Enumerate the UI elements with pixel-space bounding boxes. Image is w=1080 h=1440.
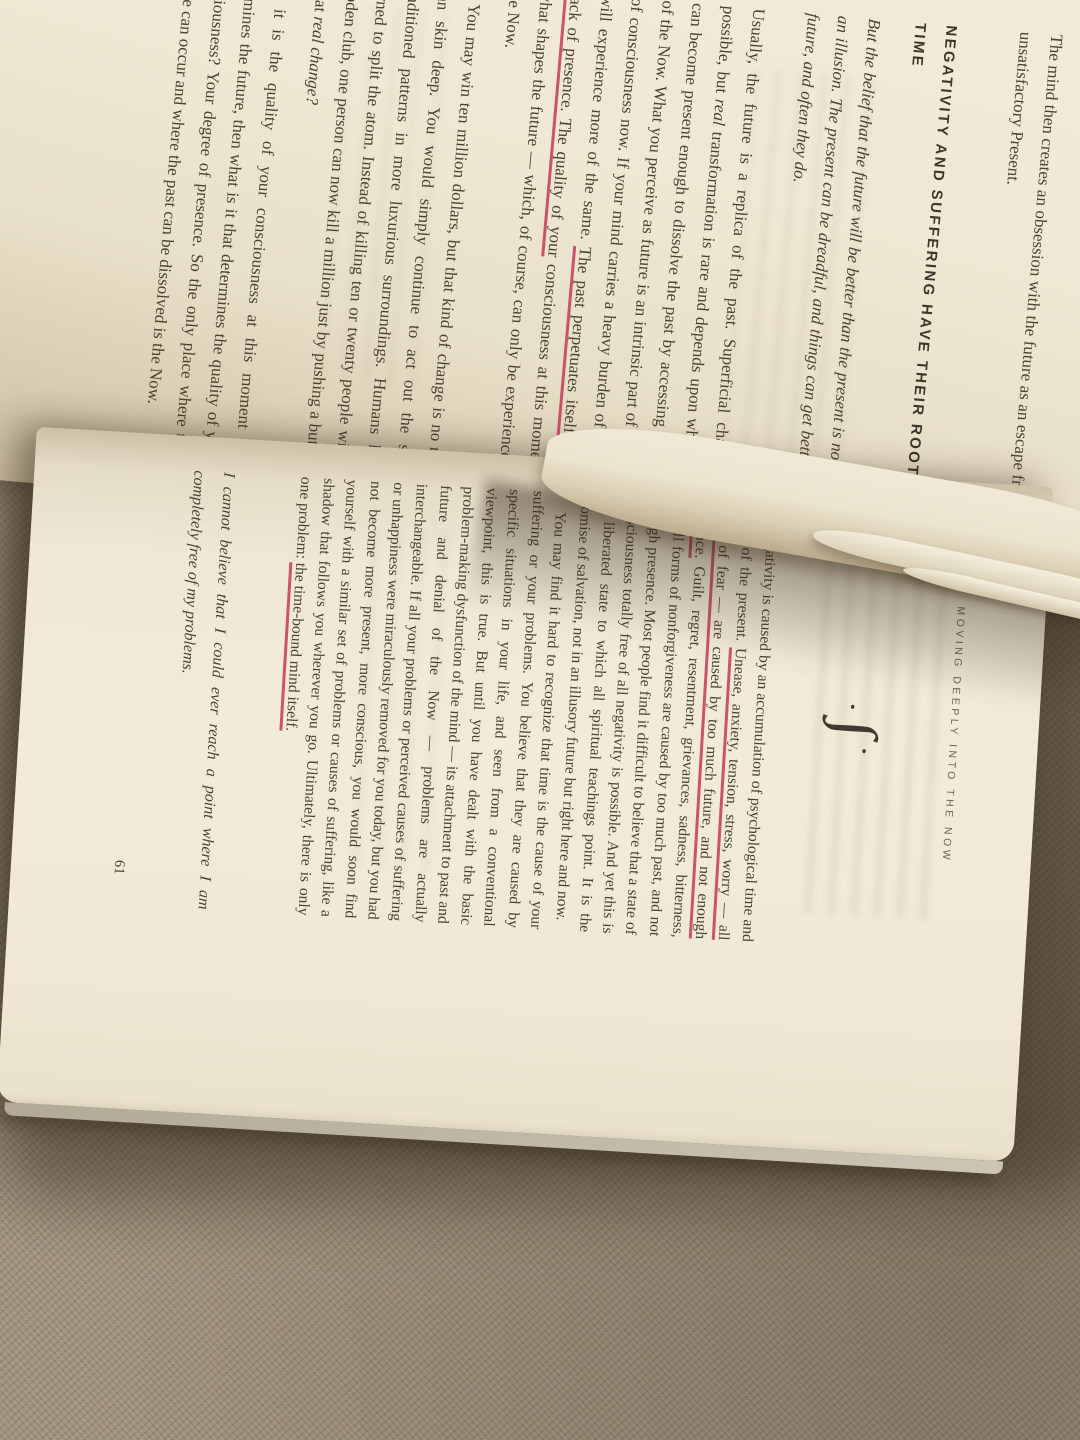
epigraph-italic: I cannot believe that I could ever reach… <box>158 470 244 911</box>
text-segment: real <box>709 98 730 126</box>
photo-scene: WER OF NOW The mind then creates an obse… <box>0 0 1080 1440</box>
underlined-text: the time-bound mind itself. <box>282 562 309 731</box>
divider-flourish-glyph: ∫ <box>824 718 890 740</box>
text-segment: real change? <box>303 16 330 106</box>
divider-dot: · <box>848 745 879 758</box>
text-segment: I cannot believe that I could ever reach… <box>179 470 238 910</box>
divider-dot: · <box>836 700 867 713</box>
open-book: WER OF NOW The mind then creates an obse… <box>0 0 1080 1240</box>
text-segment: The mind then creates an obsession with … <box>1004 31 1067 533</box>
underlined-text: The past perpetuates itself through lack… <box>545 0 595 494</box>
page-number: 61 <box>105 466 154 905</box>
